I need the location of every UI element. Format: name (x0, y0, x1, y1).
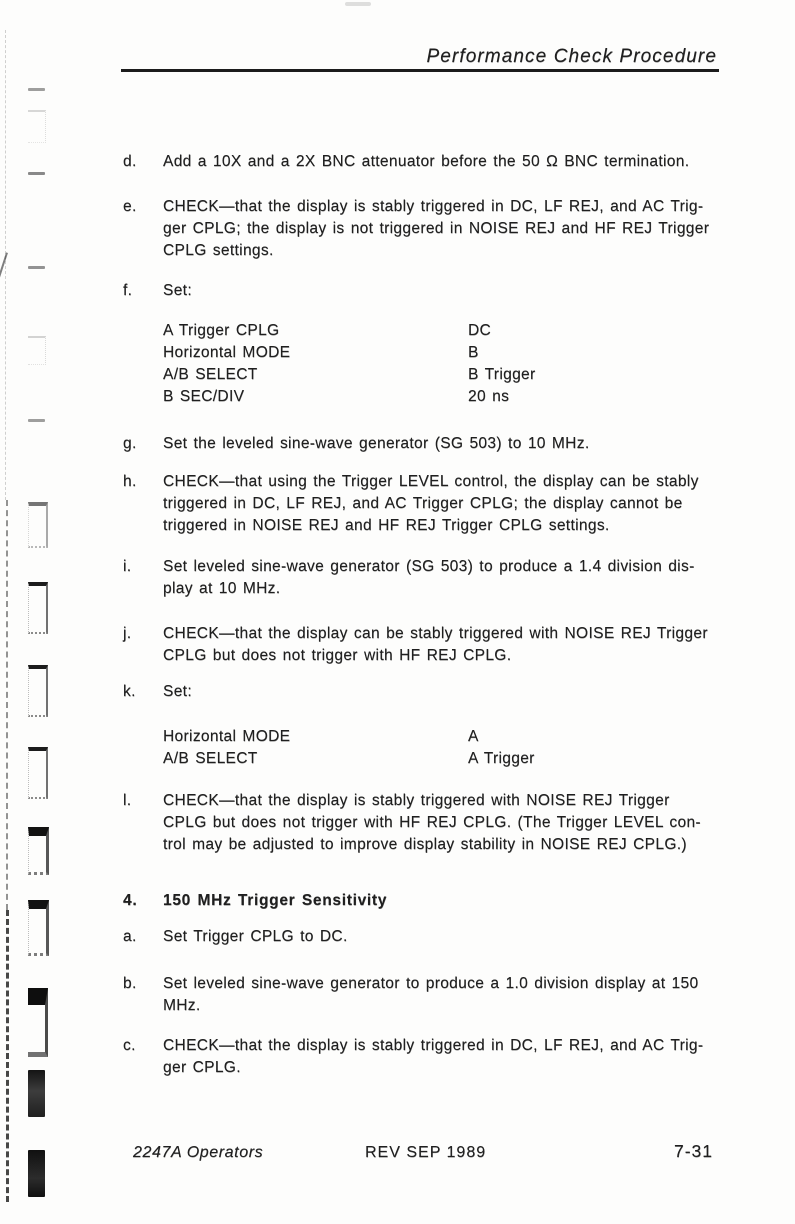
setting-control: B SEC/DIV (163, 388, 244, 405)
step-marker: g. (123, 433, 137, 455)
setting-control: Horizontal MODE (163, 344, 290, 361)
binder-mark (28, 172, 45, 175)
setting-control: A/B SELECT (163, 366, 258, 383)
binder-mark (28, 336, 46, 365)
scan-smudge (345, 2, 371, 6)
binder-mark (28, 988, 48, 1057)
step-line: Set: (163, 681, 765, 703)
setting-value: DC (468, 320, 491, 342)
binder-mark (28, 747, 48, 799)
binder-mark (28, 88, 45, 91)
procedure-step-d: d. Add a 10X and a 2X BNC attenuator bef… (123, 151, 765, 173)
step-line: Set the leveled sine-wave generator (SG … (163, 433, 765, 455)
scan-edge-line (6, 910, 9, 1202)
setting-row: A/B SELECT B Trigger (163, 364, 723, 386)
step-marker: b. (123, 973, 137, 995)
step-line: Set Trigger CPLG to DC. (163, 926, 765, 948)
setting-row: Horizontal MODE A (163, 726, 723, 748)
setting-control: A Trigger CPLG (163, 322, 279, 339)
binder-mark (28, 900, 49, 956)
settings-table-k: Horizontal MODE A A/B SELECT A Trigger (163, 726, 723, 770)
step-line: CPLG but does not trigger with HF REJ CP… (163, 645, 765, 667)
procedure-step-h: h. CHECK—that using the Trigger LEVEL co… (123, 471, 765, 537)
step-marker: e. (123, 196, 137, 218)
step-line: ger CPLG. (163, 1057, 765, 1079)
setting-value: B Trigger (468, 364, 536, 386)
binder-mark (28, 266, 45, 269)
procedure-step-e: e. CHECK—that the display is stably trig… (123, 196, 765, 262)
step-line: CHECK—that the display is stably trigger… (163, 196, 765, 218)
binder-mark (28, 419, 45, 422)
step-line: triggered in NOISE REJ and HF REJ Trigge… (163, 515, 765, 537)
settings-table-f: A Trigger CPLG DC Horizontal MODE B A/B … (163, 320, 723, 408)
step-marker: a. (123, 926, 137, 948)
step-marker: f. (123, 280, 132, 302)
procedure-step-g: g. Set the leveled sine-wave generator (… (123, 433, 765, 455)
setting-row: B SEC/DIV 20 ns (163, 386, 723, 408)
scan-mark (0, 252, 8, 277)
procedure-step-k: k. Set: (123, 681, 765, 703)
procedure-step-j: j. CHECK—that the display can be stably … (123, 623, 765, 667)
footer-manual-name: 2247A Operators (133, 1144, 263, 1162)
footer-revision: REV SEP 1989 (365, 1144, 486, 1162)
setting-value: B (468, 342, 479, 364)
procedure-step-f: f. Set: (123, 280, 765, 302)
section-heading: 4. 150 MHz Trigger Sensitivity (123, 890, 765, 912)
step-line: play at 10 MHz. (163, 578, 765, 600)
section-number: 4. (123, 890, 137, 912)
step-line: CPLG but does not trigger with HF REJ CP… (163, 812, 765, 834)
page-header-title: Performance Check Procedure (426, 46, 717, 68)
procedure-step-l: l. CHECK—that the display is stably trig… (123, 790, 765, 856)
binder-mark (28, 827, 49, 875)
binder-mark (28, 1070, 45, 1117)
step-line: MHz. (163, 995, 765, 1017)
binder-mark (28, 1150, 45, 1197)
binder-mark (28, 665, 48, 717)
step-marker: j. (123, 623, 131, 645)
procedure-step-a: a. Set Trigger CPLG to DC. (123, 926, 765, 948)
binder-mark (28, 502, 48, 548)
step-line: CHECK—that using the Trigger LEVEL contr… (163, 471, 765, 493)
step-line: ger CPLG; the display is not triggered i… (163, 218, 765, 240)
section-title: 150 MHz Trigger Sensitivity (163, 890, 765, 912)
procedure-step-i: i. Set leveled sine-wave generator (SG 5… (123, 556, 765, 600)
procedure-step-c: c. CHECK—that the display is stably trig… (123, 1035, 765, 1079)
scan-edge-line (6, 500, 8, 910)
procedure-step-b: b. Set leveled sine-wave generator to pr… (123, 973, 765, 1017)
step-line: triggered in DC, LF REJ, and AC Trigger … (163, 493, 765, 515)
step-marker: c. (123, 1035, 136, 1057)
setting-value: A (468, 726, 479, 748)
step-line: CHECK—that the display is stably trigger… (163, 1035, 765, 1057)
step-marker: k. (123, 681, 136, 703)
step-line: CHECK—that the display is stably trigger… (163, 790, 765, 812)
step-marker: d. (123, 151, 137, 173)
setting-value: A Trigger (468, 748, 535, 770)
scan-edge-line (5, 30, 6, 500)
setting-value: 20 ns (468, 386, 509, 408)
manual-page: Performance Check Procedure d. Add a 10X… (0, 0, 795, 1224)
step-marker: i. (123, 556, 131, 578)
setting-control: Horizontal MODE (163, 728, 290, 745)
binder-mark (28, 582, 48, 634)
step-line: Set leveled sine-wave generator to produ… (163, 973, 765, 995)
setting-row: Horizontal MODE B (163, 342, 723, 364)
step-line: Set: (163, 280, 765, 302)
step-line: CHECK—that the display can be stably tri… (163, 623, 765, 645)
footer-page-number: 7-31 (674, 1141, 713, 1162)
setting-row: A Trigger CPLG DC (163, 320, 723, 342)
binder-mark (28, 110, 46, 143)
setting-control: A/B SELECT (163, 750, 258, 767)
step-marker: l. (123, 790, 131, 812)
header-rule (121, 69, 719, 72)
setting-row: A/B SELECT A Trigger (163, 748, 723, 770)
step-line: Set leveled sine-wave generator (SG 503)… (163, 556, 765, 578)
step-line: CPLG settings. (163, 240, 765, 262)
step-line: trol may be adjusted to improve display … (163, 834, 765, 856)
step-marker: h. (123, 471, 137, 493)
step-line: Add a 10X and a 2X BNC attenuator before… (163, 151, 765, 173)
